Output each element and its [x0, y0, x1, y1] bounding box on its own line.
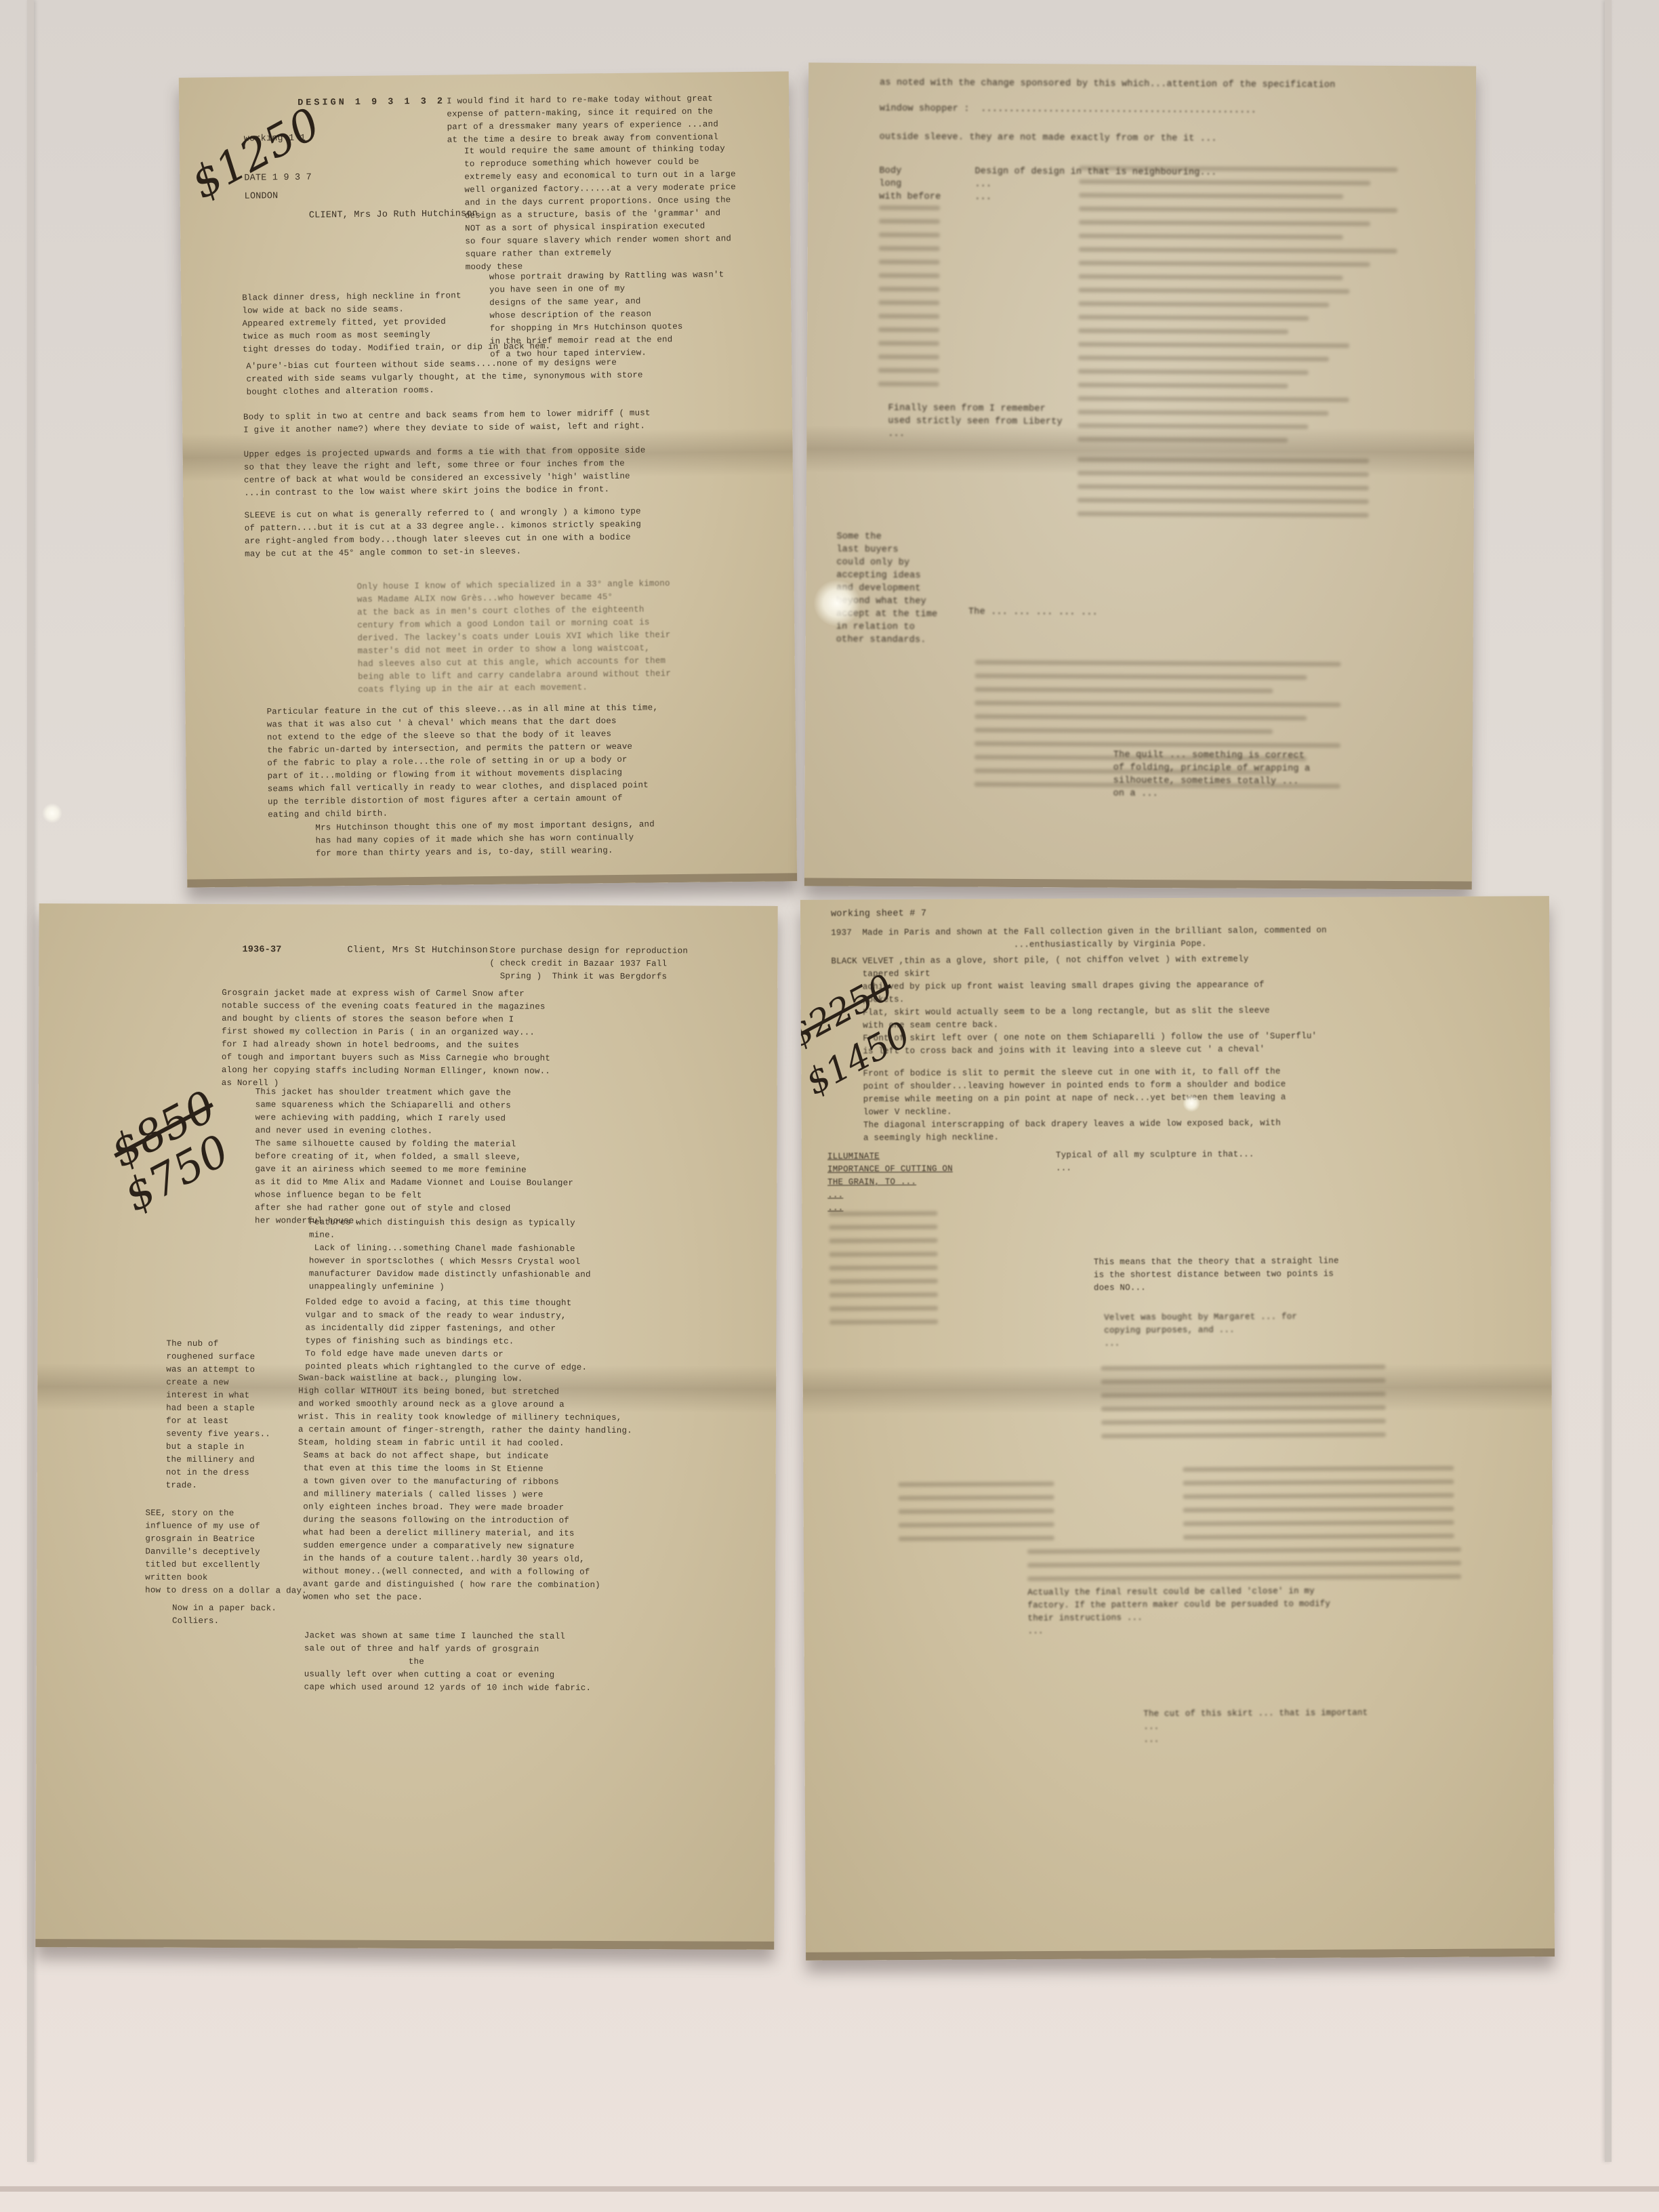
text-block: outside sleeve. they are not made exactl…	[880, 131, 1217, 146]
illegible-line	[829, 1265, 938, 1271]
illegible-line	[975, 728, 1273, 734]
illegible-line	[975, 714, 1307, 721]
illegible-line	[899, 1522, 1054, 1528]
text-block: I would find it hard to re-make today wi…	[447, 92, 718, 146]
illegible-line	[1078, 512, 1369, 518]
illegible-line	[1101, 1418, 1386, 1425]
illegible-line	[1027, 1574, 1461, 1581]
illegible-line	[1078, 302, 1329, 308]
text-block: 1937 Made in Paris and shown at the Fall…	[831, 924, 1327, 953]
page-header: working sheet # 7	[831, 907, 926, 921]
illegible-line	[1183, 1507, 1454, 1513]
illegible-line	[1078, 329, 1288, 335]
illegible-line	[829, 1225, 937, 1230]
header-client: Client, Mrs St Hutchinson.	[347, 944, 493, 958]
illegible-line	[829, 1238, 938, 1244]
document-page-bottom-right: working sheet # 7 1937 Made in Paris and…	[800, 896, 1555, 1961]
illegible-line	[1078, 498, 1369, 504]
illegible-line	[879, 232, 940, 237]
illegible-line	[1079, 274, 1343, 281]
illegible-line	[878, 314, 939, 319]
illegible-typed-lines	[808, 62, 1476, 66]
margin-note: The nub of roughened surface was an atte…	[166, 1338, 271, 1493]
text-block: A'pure'-bias cut fourteen without side s…	[246, 356, 643, 399]
illegible-line	[1101, 1378, 1386, 1384]
text-block: Body to split in two at centre and back …	[243, 407, 651, 436]
illegible-line	[975, 741, 1340, 748]
illegible-line	[878, 354, 939, 359]
illegible-line	[879, 260, 940, 264]
client-label: CLIENT, Mrs Jo Ruth Hutchinson.	[309, 207, 484, 222]
illegible-line	[829, 1292, 938, 1298]
text-block: Particular feature in the cut of this sl…	[266, 701, 659, 821]
text-block: Mrs Hutchinson thought this one of my mo…	[315, 818, 655, 860]
frame-left-edge	[27, 0, 34, 2162]
text-block: Some the last buyers could only by accep…	[836, 531, 938, 647]
illegible-line	[899, 1536, 1054, 1541]
illegible-line	[829, 1279, 938, 1284]
illegible-line	[1078, 288, 1349, 294]
illegible-typed-lines	[800, 896, 1549, 900]
margin-note: ILLUMINATE IMPORTANCE OF CUTTING ON THE …	[827, 1150, 953, 1215]
page-header: DESIGN 1 9 3 1 3 2	[298, 96, 445, 110]
illegible-line	[1078, 471, 1369, 477]
illegible-line	[1101, 1405, 1386, 1411]
illegible-line	[1078, 356, 1329, 362]
illegible-line	[975, 769, 1273, 775]
text-block: The cut of this skirt ... that is import…	[1143, 1707, 1368, 1747]
illegible-line	[1183, 1520, 1454, 1526]
text-block: Jacket was shown at same time I launched…	[304, 1629, 592, 1694]
illegible-line	[975, 755, 1307, 762]
illegible-line	[829, 1306, 938, 1311]
text-block: Features which distinguish this design a…	[309, 1216, 591, 1294]
text-block: Actually the final result could be calle…	[1027, 1585, 1330, 1638]
illegible-line	[975, 687, 1273, 693]
illegible-line	[878, 382, 939, 386]
text-block: Only house I know of which specialized i…	[357, 577, 672, 697]
illegible-line	[1078, 457, 1369, 464]
text-block: window shopper : .......................…	[880, 102, 1256, 117]
text-block: Swan-back waistline at back., plunging l…	[298, 1372, 632, 1605]
text-block: This jacket has shoulder treatment which…	[255, 1086, 574, 1229]
illegible-line	[1183, 1534, 1454, 1540]
illegible-line	[1027, 1547, 1461, 1554]
illegible-line	[975, 701, 1340, 708]
illegible-line	[878, 300, 939, 305]
illegible-line	[975, 660, 1341, 667]
text-block: Grosgrain jacket made at express wish of…	[222, 987, 551, 1091]
text-block: The ... ... ... ... ...	[968, 606, 1098, 619]
illegible-line	[879, 205, 940, 210]
header-date: 1936-37	[242, 943, 281, 956]
document-page-top-right: as noted with the change sponsored by th…	[804, 62, 1476, 889]
frame-right-edge	[1605, 0, 1612, 2162]
illegible-line	[1027, 1561, 1461, 1568]
text-block: Front of bodice is slit to permit the sl…	[832, 1065, 1286, 1145]
illegible-line	[899, 1495, 1054, 1500]
illegible-line	[1101, 1432, 1386, 1438]
illegible-line	[829, 1319, 938, 1325]
illegible-line	[1078, 369, 1309, 375]
text-block: SLEEVE is cut on what is generally refer…	[244, 506, 641, 561]
illegible-line	[1078, 424, 1308, 430]
illegible-line	[898, 1481, 1054, 1487]
illegible-line	[975, 782, 1340, 789]
illegible-line	[1079, 261, 1370, 267]
illegible-line	[975, 674, 1307, 680]
illegible-line	[1078, 315, 1309, 321]
illegible-line	[878, 327, 939, 332]
text-block: Folded edge to avoid a facing, at this t…	[305, 1296, 587, 1374]
illegible-line	[829, 1252, 938, 1257]
illegible-line	[1079, 234, 1343, 240]
margin-note: SEE, story on the influence of my use of…	[145, 1507, 307, 1598]
illegible-line	[1183, 1493, 1454, 1499]
illegible-line	[1079, 247, 1397, 253]
text-block: Typical of all my sculpture in that... .…	[1056, 1148, 1254, 1175]
text-block: Upper edges is projected upwards and for…	[244, 445, 647, 500]
text-block: It would require the same amount of thin…	[464, 142, 737, 274]
illegible-line	[1078, 396, 1349, 403]
text-block: Finally seen from I remember used strict…	[888, 402, 1063, 441]
illegible-line	[1078, 342, 1349, 348]
glass-reflection	[42, 803, 62, 823]
text-block: This means that the theory that a straig…	[1094, 1255, 1339, 1295]
location-label: LONDON	[245, 190, 279, 203]
illegible-line	[879, 246, 940, 251]
illegible-line	[1183, 1479, 1454, 1486]
frame-bottom-edge	[0, 2186, 1659, 2192]
illegible-line	[1078, 383, 1288, 389]
document-page-bottom-left: 1936-37 Client, Mrs St Hutchinson. Store…	[35, 903, 777, 1950]
illegible-line	[1078, 410, 1328, 416]
illegible-line	[1183, 1466, 1454, 1472]
illegible-line	[1079, 220, 1370, 226]
illegible-line	[878, 341, 939, 346]
illegible-line	[899, 1509, 1054, 1514]
header-note: Store purchase design for reproduction (…	[489, 944, 688, 983]
illegible-line	[878, 287, 939, 291]
illegible-line	[1078, 485, 1369, 491]
illegible-line	[1101, 1391, 1386, 1397]
document-page-top-left: DESIGN 1 9 3 1 3 2 working 1 1 DATE 1 9 …	[179, 71, 797, 887]
text-block: Black dinner dress, high neckline in fro…	[242, 289, 550, 356]
illegible-line	[829, 1211, 937, 1216]
text-block: Velvet was bought by Margaret ... for co…	[1104, 1311, 1297, 1350]
illegible-line	[878, 368, 939, 373]
illegible-line	[1079, 207, 1397, 213]
margin-note: Now in a paper back. Colliers.	[172, 1602, 276, 1629]
illegible-line	[1101, 1364, 1386, 1370]
illegible-line	[879, 219, 940, 224]
illegible-line	[1078, 437, 1288, 443]
text-block: as noted with the change sponsored by th…	[880, 77, 1336, 92]
illegible-line	[879, 273, 940, 278]
